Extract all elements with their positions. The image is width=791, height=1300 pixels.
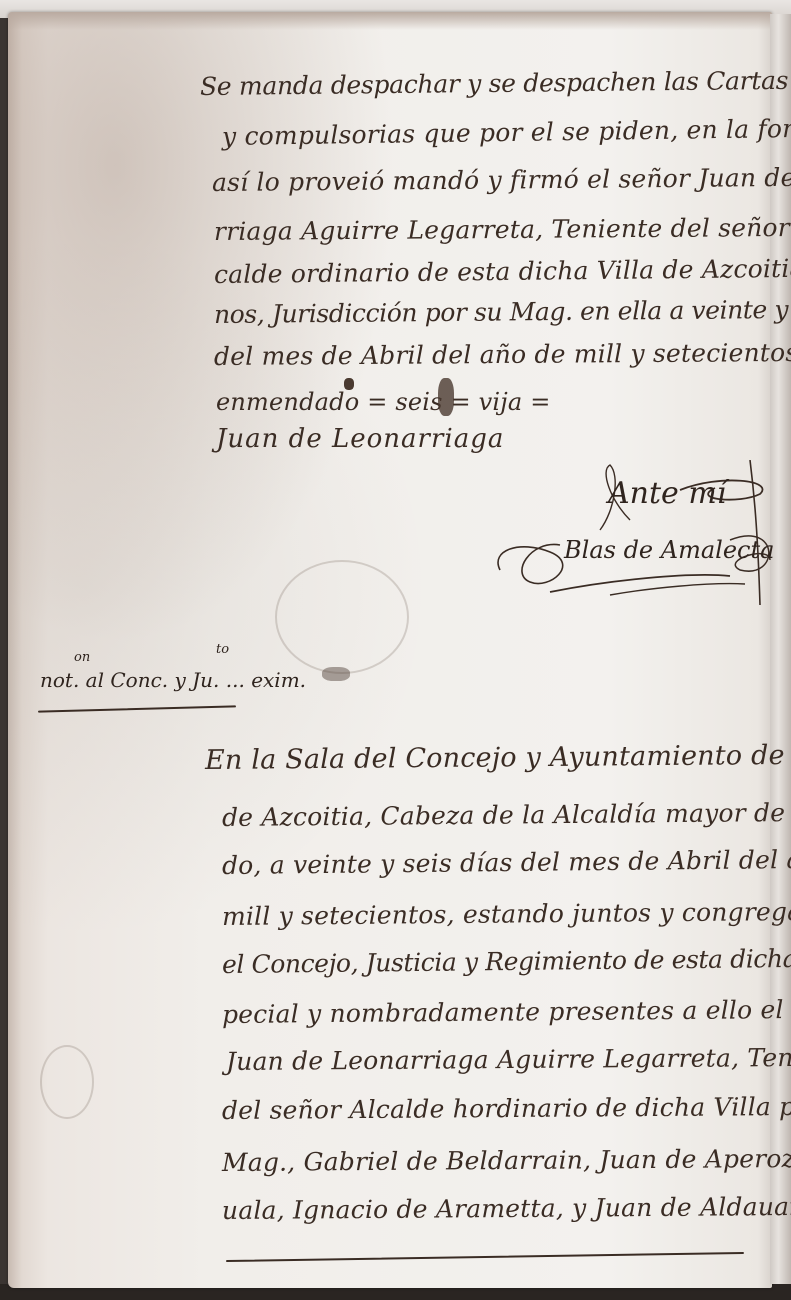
margin-note-superscript: on [74,650,90,665]
text-line: mill y setecientos, estando juntos y con… [222,897,791,931]
text-line: uala, Ignacio de Arametta, y Juan de Ald… [222,1192,791,1225]
text-line: rriaga Aguirre Legarreta, Teniente del s… [214,213,791,246]
ink-blot [322,667,350,681]
margin-note-text: not. al Conc. y Ju. ... exim. [40,668,306,692]
text-line: así lo proveió mandó y firmó el señor Ju… [212,163,791,197]
ink-blot [438,378,454,416]
text-line: del señor Alcalde hordinario de dicha Vi… [222,1092,791,1125]
bleed-through-mark [275,560,409,674]
text-line: Juan de Leonarriaga Aguirre Legarreta, T… [226,1043,791,1076]
notary-signature: Ante mí Blas de Amalecta [490,460,775,610]
text-line-signature-name: Juan de Leonarriaga [216,424,504,454]
text-line: do, a veinte y seis días del mes de Abri… [222,844,791,880]
text-line: En la Sala del Concejo y Ayuntamiento de… [205,739,791,776]
bleed-through-mark [40,1045,94,1119]
text-line: de Azcoitia, Cabeza de la Alcaldía mayor… [222,798,791,832]
text-line-emendation: enmendado = seis = vija = [216,388,551,416]
margin-note-superscript: to [216,642,229,657]
signature-ante-mi: Ante mí [608,476,726,511]
text-line: pecial y nombradamente presentes a ello … [222,994,791,1029]
text-line: del mes de Abril del año de mill y setec… [214,338,791,371]
text-line: Mag., Gabriel de Beldarrain, Juan de Ape… [222,1144,791,1177]
signature-name: Blas de Amalecta [564,536,774,564]
text-line: nos, Jurisdicción por su Mag. en ella a … [214,294,791,329]
ink-blot [344,378,354,390]
text-line: el Concejo, Justicia y Regimiento de est… [222,943,791,979]
text-line: calde ordinario de esta dicha Villa de A… [214,253,791,289]
